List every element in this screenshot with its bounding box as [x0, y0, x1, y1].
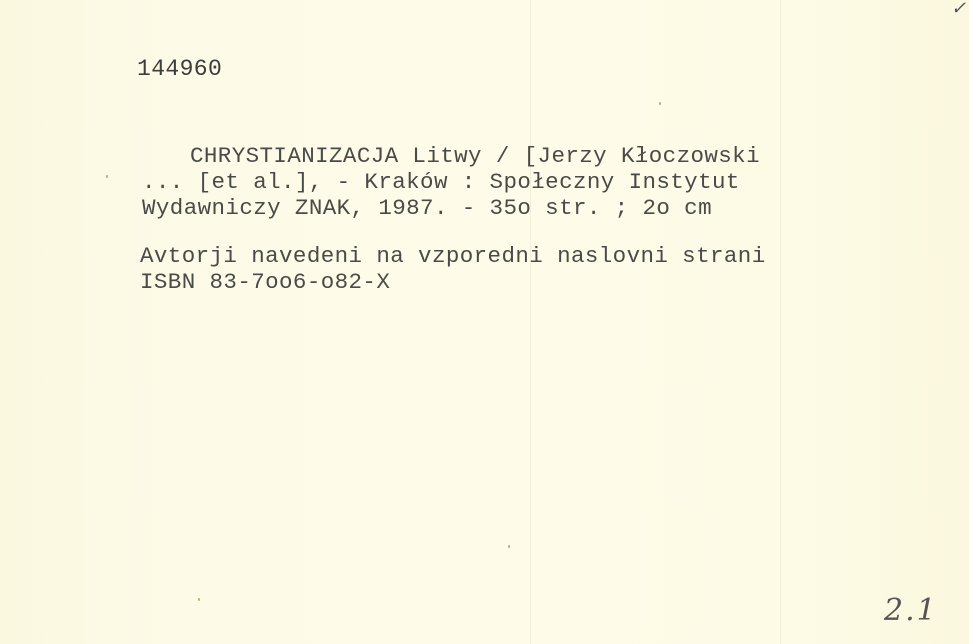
check-mark-icon: ✓ — [951, 0, 966, 19]
shelf-mark: 2.1 — [884, 593, 938, 628]
catalog-card: ✓ 144960 CHRYSTIANIZACJA Litwy / [Jerzy … — [0, 0, 969, 644]
paper-fold-line — [780, 0, 781, 644]
paper-speck — [508, 545, 510, 548]
paper-fold-line — [530, 0, 531, 644]
note-authors: Avtorji navedeni na vzporedni naslovni s… — [140, 243, 766, 269]
entry-line-title: CHRYSTIANIZACJA Litwy / [Jerzy Kłoczowsk… — [190, 143, 760, 169]
accession-number: 144960 — [137, 56, 222, 82]
note-isbn: ISBN 83-7oo6-o82-X — [140, 269, 390, 295]
entry-line-publisher: ... [et al.], - Kraków : Społeczny Insty… — [142, 169, 740, 195]
entry-line-imprint: Wydawniczy ZNAK, 1987. - 35o str. ; 2o c… — [142, 195, 712, 221]
paper-speck — [198, 598, 200, 601]
paper-speck — [106, 175, 108, 178]
paper-speck — [659, 102, 661, 105]
